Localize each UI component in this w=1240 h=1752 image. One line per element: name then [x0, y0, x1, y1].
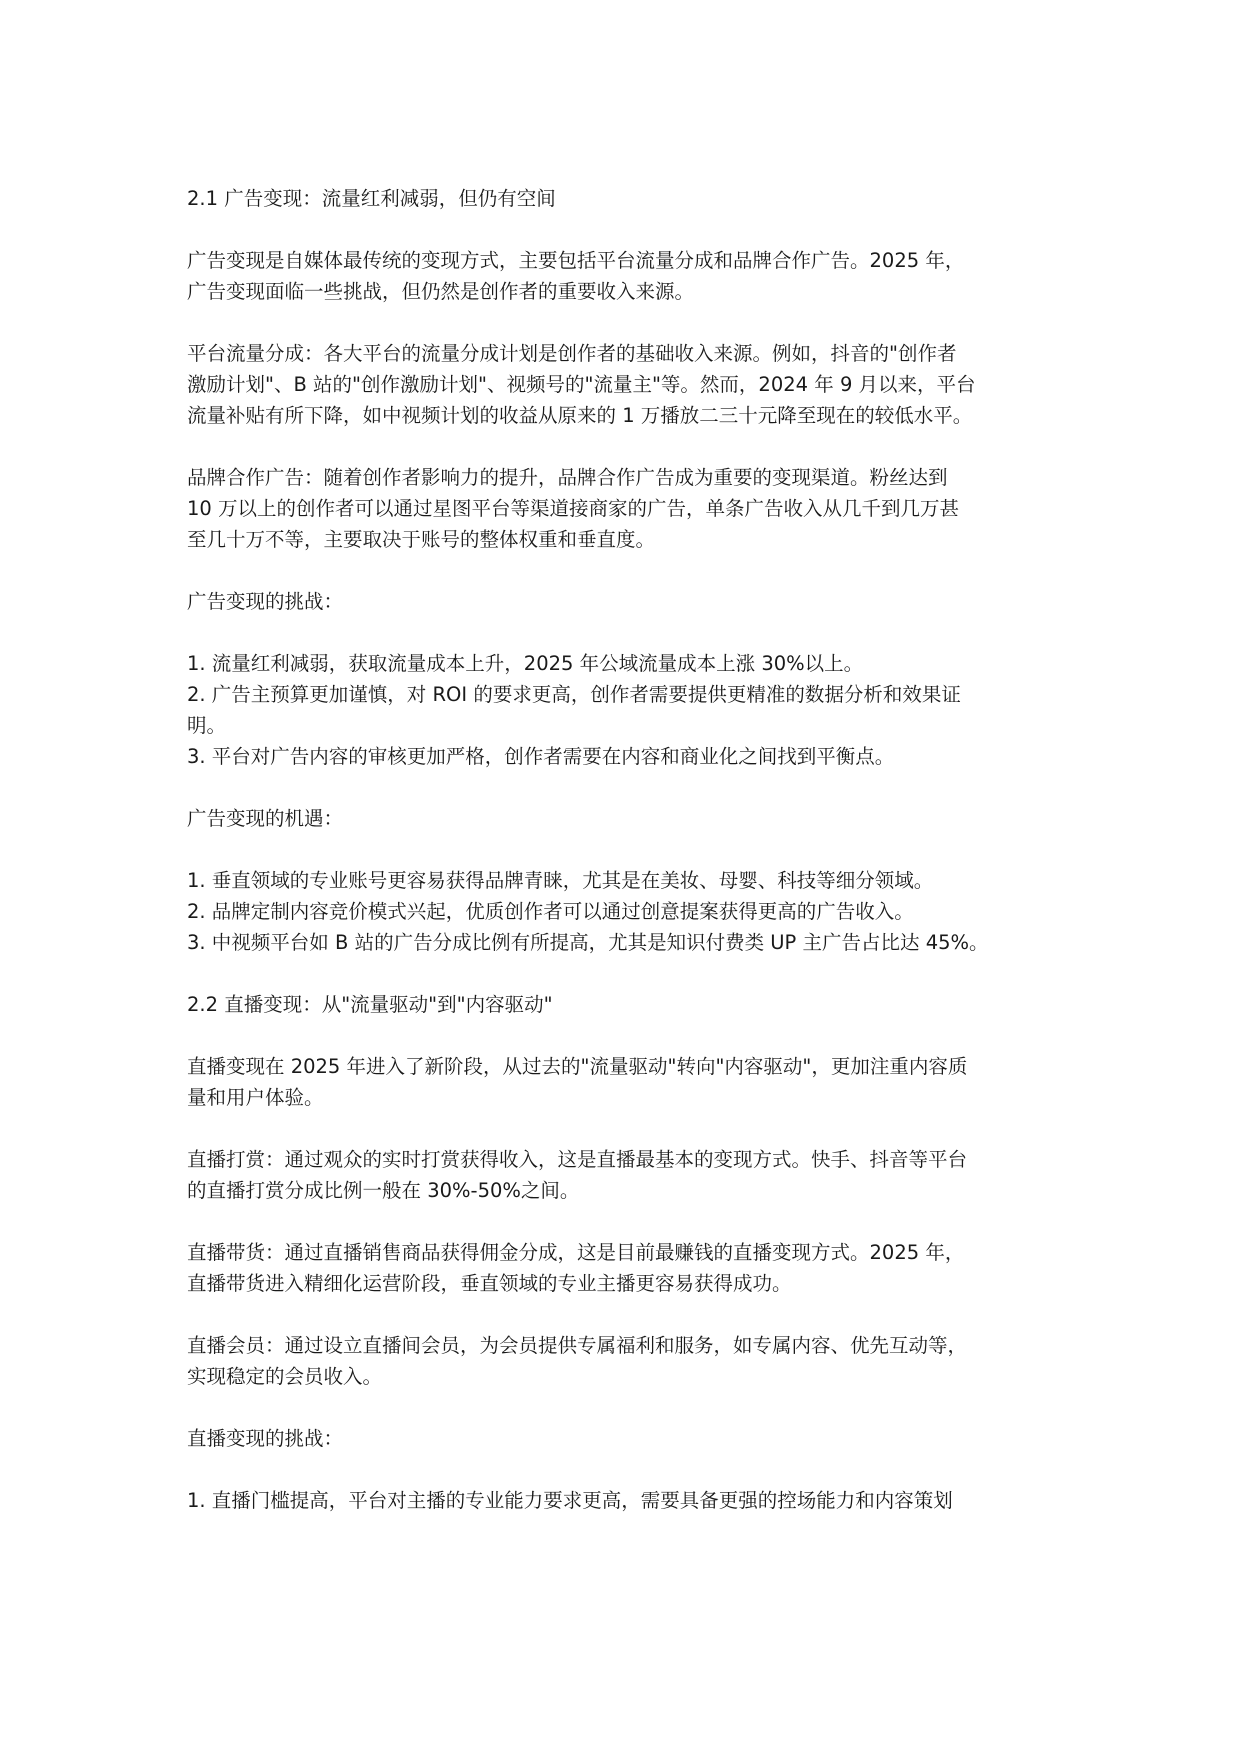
- text-line: 实现稳定的会员收入。: [187, 1361, 1057, 1392]
- text-line: 流量补贴有所下降，如中视频计划的收益从原来的 1 万播放二三十元降至现在的较低水…: [187, 400, 1057, 431]
- text-line: 广告变现的机遇：: [187, 803, 1057, 834]
- list-item: 明。: [187, 710, 1057, 741]
- text-line: 广告变现面临一些挑战，但仍然是创作者的重要收入来源。: [187, 276, 1057, 307]
- document-page: 2.1 广告变现：流量红利减弱，但仍有空间 广告变现是自媒体最传统的变现方式，主…: [187, 183, 1057, 1547]
- section-heading-2-1: 2.1 广告变现：流量红利减弱，但仍有空间: [187, 183, 1057, 214]
- text-line: 直播带货进入精细化运营阶段，垂直领域的专业主播更容易获得成功。: [187, 1268, 1057, 1299]
- text-line: 平台流量分成：各大平台的流量分成计划是创作者的基础收入来源。例如，抖音的"创作者: [187, 338, 1057, 369]
- paragraph-brand-ads: 品牌合作广告：随着创作者影响力的提升，品牌合作广告成为重要的变现渠道。粉丝达到 …: [187, 462, 1057, 555]
- text-line: 量和用户体验。: [187, 1082, 1057, 1113]
- list-item: 3. 中视频平台如 B 站的广告分成比例有所提高，尤其是知识付费类 UP 主广告…: [187, 927, 1057, 958]
- text-line: 的直播打赏分成比例一般在 30%-50%之间。: [187, 1175, 1057, 1206]
- list-live-challenges: 1. 直播门槛提高，平台对主播的专业能力要求更高，需要具备更强的控场能力和内容策…: [187, 1485, 1057, 1516]
- list-item: 1. 流量红利减弱，获取流量成本上升，2025 年公域流量成本上涨 30%以上。: [187, 648, 1057, 679]
- paragraph-live-intro: 直播变现在 2025 年进入了新阶段，从过去的"流量驱动"转向"内容驱动"，更加…: [187, 1051, 1057, 1113]
- paragraph-platform-share: 平台流量分成：各大平台的流量分成计划是创作者的基础收入来源。例如，抖音的"创作者…: [187, 338, 1057, 431]
- list-ad-opportunities: 1. 垂直领域的专业账号更容易获得品牌青睐，尤其是在美妆、母婴、科技等细分领域。…: [187, 865, 1057, 958]
- text-line: 直播打赏：通过观众的实时打赏获得收入，这是直播最基本的变现方式。快手、抖音等平台: [187, 1144, 1057, 1175]
- text-line: 直播变现的挑战：: [187, 1423, 1057, 1454]
- list-item: 3. 平台对广告内容的审核更加严格，创作者需要在内容和商业化之间找到平衡点。: [187, 741, 1057, 772]
- subheading-ad-challenges: 广告变现的挑战：: [187, 586, 1057, 617]
- text-line: 直播会员：通过设立直播间会员，为会员提供专属福利和服务，如专属内容、优先互动等，: [187, 1330, 1057, 1361]
- text-line: 至几十万不等，主要取决于账号的整体权重和垂直度。: [187, 524, 1057, 555]
- paragraph-ad-intro: 广告变现是自媒体最传统的变现方式，主要包括平台流量分成和品牌合作广告。2025 …: [187, 245, 1057, 307]
- subheading-live-challenges: 直播变现的挑战：: [187, 1423, 1057, 1454]
- list-ad-challenges: 1. 流量红利减弱，获取流量成本上升，2025 年公域流量成本上涨 30%以上。…: [187, 648, 1057, 772]
- section-ad-monetization: 2.1 广告变现：流量红利减弱，但仍有空间 广告变现是自媒体最传统的变现方式，主…: [187, 183, 1057, 958]
- paragraph-live-tipping: 直播打赏：通过观众的实时打赏获得收入，这是直播最基本的变现方式。快手、抖音等平台…: [187, 1144, 1057, 1206]
- paragraph-live-commerce: 直播带货：通过直播销售商品获得佣金分成，这是目前最赚钱的直播变现方式。2025 …: [187, 1237, 1057, 1299]
- paragraph-live-membership: 直播会员：通过设立直播间会员，为会员提供专属福利和服务，如专属内容、优先互动等，…: [187, 1330, 1057, 1392]
- text-line: 广告变现是自媒体最传统的变现方式，主要包括平台流量分成和品牌合作广告。2025 …: [187, 245, 1057, 276]
- list-item: 1. 直播门槛提高，平台对主播的专业能力要求更高，需要具备更强的控场能力和内容策…: [187, 1485, 1057, 1516]
- text-line: 直播带货：通过直播销售商品获得佣金分成，这是目前最赚钱的直播变现方式。2025 …: [187, 1237, 1057, 1268]
- list-item: 2. 广告主预算更加谨慎，对 ROI 的要求更高，创作者需要提供更精准的数据分析…: [187, 679, 1057, 710]
- list-item: 1. 垂直领域的专业账号更容易获得品牌青睐，尤其是在美妆、母婴、科技等细分领域。: [187, 865, 1057, 896]
- text-line: 激励计划"、B 站的"创作激励计划"、视频号的"流量主"等。然而，2024 年 …: [187, 369, 1057, 400]
- list-item: 2. 品牌定制内容竞价模式兴起，优质创作者可以通过创意提案获得更高的广告收入。: [187, 896, 1057, 927]
- text-line: 10 万以上的创作者可以通过星图平台等渠道接商家的广告，单条广告收入从几千到几万…: [187, 493, 1057, 524]
- section-live-monetization: 2.2 直播变现：从"流量驱动"到"内容驱动" 直播变现在 2025 年进入了新…: [187, 989, 1057, 1516]
- text-line: 广告变现的挑战：: [187, 586, 1057, 617]
- text-line: 直播变现在 2025 年进入了新阶段，从过去的"流量驱动"转向"内容驱动"，更加…: [187, 1051, 1057, 1082]
- section-heading-2-2: 2.2 直播变现：从"流量驱动"到"内容驱动": [187, 989, 1057, 1020]
- subheading-ad-opportunities: 广告变现的机遇：: [187, 803, 1057, 834]
- text-line: 品牌合作广告：随着创作者影响力的提升，品牌合作广告成为重要的变现渠道。粉丝达到: [187, 462, 1057, 493]
